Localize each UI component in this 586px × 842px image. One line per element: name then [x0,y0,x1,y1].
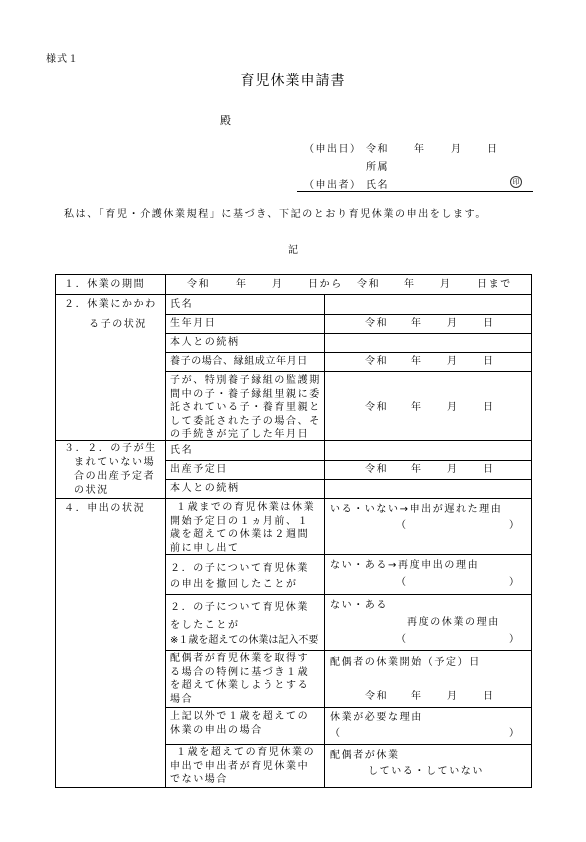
row-line [165,314,532,315]
section4-label: ４．申出の状況 [64,502,145,516]
intro-statement: 私は、「育児・介護休業規程」に基づき、下記のとおり育児休業の申出をします。 [64,205,487,220]
spouse-on-leave-choice[interactable]: している・していない [368,765,484,779]
leave-start-month[interactable]: 月 [272,278,284,292]
child-birthdate-day[interactable]: 日 [483,317,495,331]
reapply-reason-field[interactable] [406,576,506,590]
timely-notice-label-4: 前に申し出て [170,542,240,556]
leave-end-month[interactable]: 月 [440,278,452,292]
leave-start-era: 令和 [187,278,210,292]
section2-label-line1: ２．休業にかかわ [64,298,157,312]
special-adoption-label-1: 子が、特別養子縁組の監護期 [170,374,321,388]
spouse-special-label-3: を超えて休業しようとする [170,679,309,693]
child-relationship-field[interactable] [328,335,528,351]
prior-leave-note: ※１歳を超えての休業は記入不要 [170,634,318,648]
application-date-era: 令和 [366,140,389,155]
not-on-leave-label-3: でない場合 [170,773,228,787]
leave-end-year[interactable]: 年 [404,278,416,292]
adoption-date-day[interactable]: 日 [483,355,495,369]
special-adoption-label-4: して委託された子の場合、そ [170,415,321,429]
adoption-date-era: 令和 [365,355,388,369]
special-adoption-label-5: の手続きが完了した年月日 [170,428,309,442]
child-birthdate-era: 令和 [365,317,388,331]
row-line [165,371,532,372]
withdrawn-label-2: の申出を撤回したことが [170,575,298,595]
spouse-on-leave-label: 配偶者が休業 [330,749,400,763]
leave-end-day[interactable]: 日まで [477,278,512,292]
addressee-label: 殿 [220,112,231,128]
spouse-special-label-4: 場合 [170,693,193,707]
not-on-leave-label-2: 申出で申出者が育児休業中 [170,760,309,774]
not-on-leave-label-1: １歳を超えての育児休業の [176,746,315,760]
other-extension-label-1: 上記以外で１歳を超えての [170,710,309,724]
second-leave-reason-field[interactable] [406,633,506,647]
child-birthdate-month[interactable]: 月 [447,317,459,331]
due-date-year[interactable]: 年 [411,463,423,477]
row-line [165,460,532,461]
row-line [165,479,532,480]
due-date-month[interactable]: 月 [447,463,459,477]
adoption-date-year[interactable]: 年 [411,355,423,369]
withdrawn-choice[interactable]: ない・ある→再度申出の理由 [330,559,479,573]
seal-icon: 印 [510,176,522,188]
section3-label-1: ３．２．の子が生 [64,442,157,456]
necessity-paren-close: ） [509,727,521,741]
expectant-relationship-label: 本人との続柄 [170,482,240,496]
row-line [165,744,532,745]
col-divider-2b [324,441,325,500]
spouse-special-label-1: 配偶者が育児休業を取得す [170,652,309,666]
expectant-name-label: 氏名 [170,444,193,458]
applicant-label: （申出者） [304,176,362,191]
signature-underline [297,191,533,192]
adoption-date-label: 養子の場合、縁組成立年月日 [170,355,308,369]
prior-leave-label-2: をしたことが [170,617,240,635]
adoption-date-month[interactable]: 月 [447,355,459,369]
spouse-leave-start-label: 配偶者の休業開始（予定）日 [330,656,481,670]
expectant-relationship-field[interactable] [328,481,528,497]
special-adoption-year[interactable]: 年 [411,401,423,415]
due-date-label: 出産予定日 [170,463,228,477]
necessity-reason-field[interactable] [342,727,502,741]
special-adoption-label-2: 間中の子・養子縁組里親に委 [170,388,321,402]
section2-label-line2: る子の状況 [89,318,147,332]
child-name-label: 氏名 [170,298,193,312]
timely-notice-label-2: 開始予定日の１ヵ月前、１ [170,515,309,529]
necessity-reason-label: 休業が必要な理由 [330,711,423,725]
application-date-month[interactable]: 月 [451,140,463,155]
application-date-day[interactable]: 日 [487,140,499,155]
row-line [165,707,532,708]
section1-label: １．休業の期間 [64,278,145,292]
spouse-leave-month[interactable]: 月 [447,690,459,704]
prior-leave-choice[interactable]: ない・ある [330,599,388,613]
row-line [165,650,532,651]
due-date-era: 令和 [365,463,388,477]
child-name-field[interactable] [328,297,528,313]
row-line-sec4 [56,498,532,499]
leave-start-year[interactable]: 年 [236,278,248,292]
leave-end-era: 令和 [357,278,380,292]
section3-label-4: の状況 [74,484,109,498]
application-date-label: （申出日） [304,140,362,155]
form-number: 様式１ [46,50,79,65]
ki-heading: 記 [0,241,586,256]
row-line [165,352,532,353]
special-adoption-day[interactable]: 日 [483,401,495,415]
timely-notice-label-1: １歳までの育児休業は休業 [176,501,315,515]
spouse-leave-era: 令和 [365,690,388,704]
applicant-name-label: 氏名 [366,176,389,191]
child-birthdate-label: 生年月日 [170,317,216,331]
other-extension-label-2: 休業の申出の場合 [170,724,263,738]
late-reason-paren-close: ） [509,519,521,533]
spouse-leave-day[interactable]: 日 [483,690,495,704]
due-date-day[interactable]: 日 [483,463,495,477]
spouse-special-label-2: る場合の特例に基づき１歳 [170,666,309,680]
row-line [165,333,532,334]
child-relationship-label: 本人との続柄 [170,336,240,350]
prior-leave-label-1: ２．の子について育児休業 [170,599,309,617]
section3-label-2: まれていない場 [74,456,155,470]
timely-notice-choice[interactable]: いる・いない→申出が遅れた理由 [330,503,502,517]
second-leave-paren-close: ） [509,633,521,647]
timely-notice-label-3: 歳を超えての休業は２週間 [170,528,309,542]
special-adoption-era: 令和 [365,401,388,415]
special-adoption-month[interactable]: 月 [447,401,459,415]
child-birthdate-year[interactable]: 年 [411,317,423,331]
department-label: 所属 [366,158,389,173]
section3-label-3: 合の出産予定者 [74,470,155,484]
expectant-name-field[interactable] [328,443,528,459]
late-reason-field[interactable] [406,519,506,533]
document-title: 育児休業申請書 [0,70,586,90]
row-line-sec2 [56,294,532,295]
application-table: １．休業の期間 令和 年 月 日から 令和 年 月 日まで ２．休業にかかわ る… [55,274,532,788]
application-date-year[interactable]: 年 [414,140,426,155]
reapply-reason-paren-close: ） [509,576,521,590]
spouse-leave-year[interactable]: 年 [411,690,423,704]
leave-start-day[interactable]: 日から [308,278,343,292]
special-adoption-label-3: 託されている子・養育里親と [170,401,321,415]
necessity-paren-open: （ [330,727,342,741]
second-leave-reason-label: 再度の休業の理由 [407,616,500,630]
col-divider-2a [324,295,325,441]
